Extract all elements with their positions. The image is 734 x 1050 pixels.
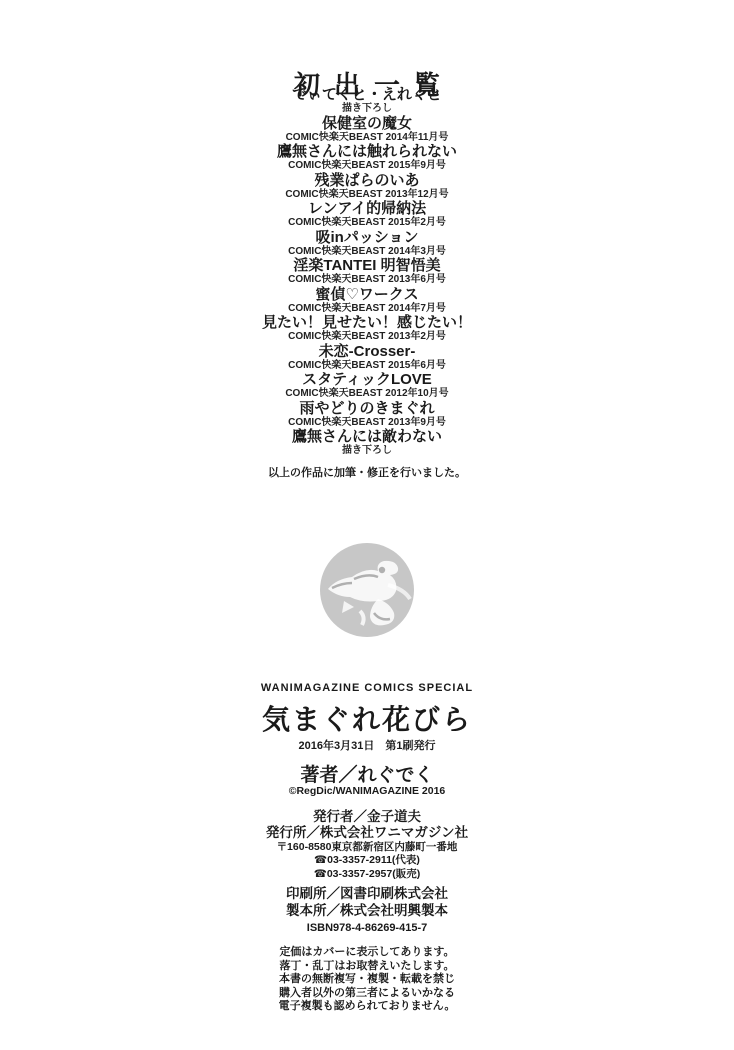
- publication-entry: 残業ぱらのいあ COMIC快楽天BEAST 2013年12月号: [0, 172, 734, 201]
- entry-source: COMIC快楽天BEAST 2013年2月号: [0, 331, 734, 342]
- revision-note: 以上の作品に加筆・修正を行いました。: [0, 464, 734, 480]
- entry-source: COMIC快楽天BEAST 2013年6月号: [0, 274, 734, 285]
- publisher-name-line: 発行所／株式会社ワニマガジン社: [0, 821, 734, 841]
- entry-title: でぃてくと・えれくと: [0, 86, 734, 103]
- entry-title: 淫楽TANTEI 明智悟美: [0, 257, 734, 274]
- entry-source: COMIC快楽天BEAST 2014年11月号: [0, 132, 734, 143]
- phone-main-line: ☎03-3357-2911(代表): [0, 852, 734, 867]
- entry-source: COMIC快楽天BEAST 2013年12月号: [0, 189, 734, 200]
- legal-notice-line: 購入者以外の第三者によるいかなる: [0, 987, 734, 1001]
- print-date-line: 2016年3月31日 第1刷発行: [0, 737, 734, 753]
- legal-notice-line: 本書の無断複写・複製・転載を禁じ: [0, 973, 734, 987]
- entry-source: COMIC快楽天BEAST 2015年6月号: [0, 360, 734, 371]
- publication-entry: 未恋-Crosser- COMIC快楽天BEAST 2015年6月号: [0, 343, 734, 372]
- legal-notice-line: 落丁・乱丁はお取替えいたします。: [0, 960, 734, 974]
- publication-entry: 雨やどりのきまぐれ COMIC快楽天BEAST 2013年9月号: [0, 400, 734, 429]
- phone-sales-line: ☎03-3357-2957(販売): [0, 866, 734, 881]
- entry-source: COMIC快楽天BEAST 2012年10月号: [0, 388, 734, 399]
- entry-title: 鷹無さんには触れられない: [0, 143, 734, 160]
- publication-entry: でぃてくと・えれくと 描き下ろし: [0, 86, 734, 115]
- colophon-page: 初出一覧 でぃてくと・えれくと 描き下ろし 保健室の魔女 COMIC快楽天BEA…: [0, 0, 734, 1050]
- book-title: 気まぐれ花びら: [0, 698, 734, 738]
- publication-entry: レンアイ的帰納法 COMIC快楽天BEAST 2015年2月号: [0, 200, 734, 229]
- entry-title: 残業ぱらのいあ: [0, 172, 734, 189]
- binder-line: 製本所／株式会社明興製本: [0, 899, 734, 919]
- author-line: 著者／れぐでく: [0, 760, 734, 787]
- entry-source: COMIC快楽天BEAST 2014年3月号: [0, 246, 734, 257]
- publication-entry: スタティックLOVE COMIC快楽天BEAST 2012年10月号: [0, 371, 734, 400]
- publication-entry: 吸inパッション COMIC快楽天BEAST 2014年3月号: [0, 229, 734, 258]
- entry-title: スタティックLOVE: [0, 371, 734, 388]
- publication-entry: 淫楽TANTEI 明智悟美 COMIC快楽天BEAST 2013年6月号: [0, 257, 734, 286]
- entry-title: レンアイ的帰納法: [0, 200, 734, 217]
- entry-title: 蜜偵♡ワークス: [0, 286, 734, 303]
- entry-title: 雨やどりのきまぐれ: [0, 400, 734, 417]
- entry-source: COMIC快楽天BEAST 2015年9月号: [0, 160, 734, 171]
- publication-list: でぃてくと・えれくと 描き下ろし 保健室の魔女 COMIC快楽天BEAST 20…: [0, 86, 734, 457]
- entry-source: COMIC快楽天BEAST 2015年2月号: [0, 217, 734, 228]
- publication-entry: 鷹無さんには触れられない COMIC快楽天BEAST 2015年9月号: [0, 143, 734, 172]
- publication-entry: 蜜偵♡ワークス COMIC快楽天BEAST 2014年7月号: [0, 286, 734, 315]
- publication-entry: 見たい！見せたい！感じたい！ COMIC快楽天BEAST 2013年2月号: [0, 314, 734, 343]
- entry-title: 鷹無さんには敵わない: [0, 428, 734, 445]
- publication-entry: 保健室の魔女 COMIC快楽天BEAST 2014年11月号: [0, 115, 734, 144]
- entry-source: COMIC快楽天BEAST 2013年9月号: [0, 417, 734, 428]
- entry-title: 保健室の魔女: [0, 115, 734, 132]
- entry-title: 見たい！見せたい！感じたい！: [0, 314, 734, 331]
- legal-notice-block: 定価はカバーに表示してあります。落丁・乱丁はお取替えいたします。本書の無断複写・…: [0, 946, 734, 1014]
- copyright-line: ©RegDic/WANIMAGAZINE 2016: [0, 785, 734, 797]
- imprint-series-label: WANIMAGAZINE COMICS SPECIAL: [0, 682, 734, 694]
- entry-source: 描き下ろし: [0, 103, 734, 114]
- entry-title: 未恋-Crosser-: [0, 343, 734, 360]
- legal-notice-line: 定価はカバーに表示してあります。: [0, 946, 734, 960]
- entry-title: 吸inパッション: [0, 229, 734, 246]
- entry-source: COMIC快楽天BEAST 2014年7月号: [0, 303, 734, 314]
- wanimagazine-crocodile-stamp-icon: [0, 541, 734, 644]
- isbn-line: ISBN978-4-86269-415-7: [0, 922, 734, 934]
- publication-entry: 鷹無さんには敵わない 描き下ろし: [0, 428, 734, 457]
- entry-source: 描き下ろし: [0, 445, 734, 456]
- legal-notice-line: 電子複製も認められておりません。: [0, 1000, 734, 1014]
